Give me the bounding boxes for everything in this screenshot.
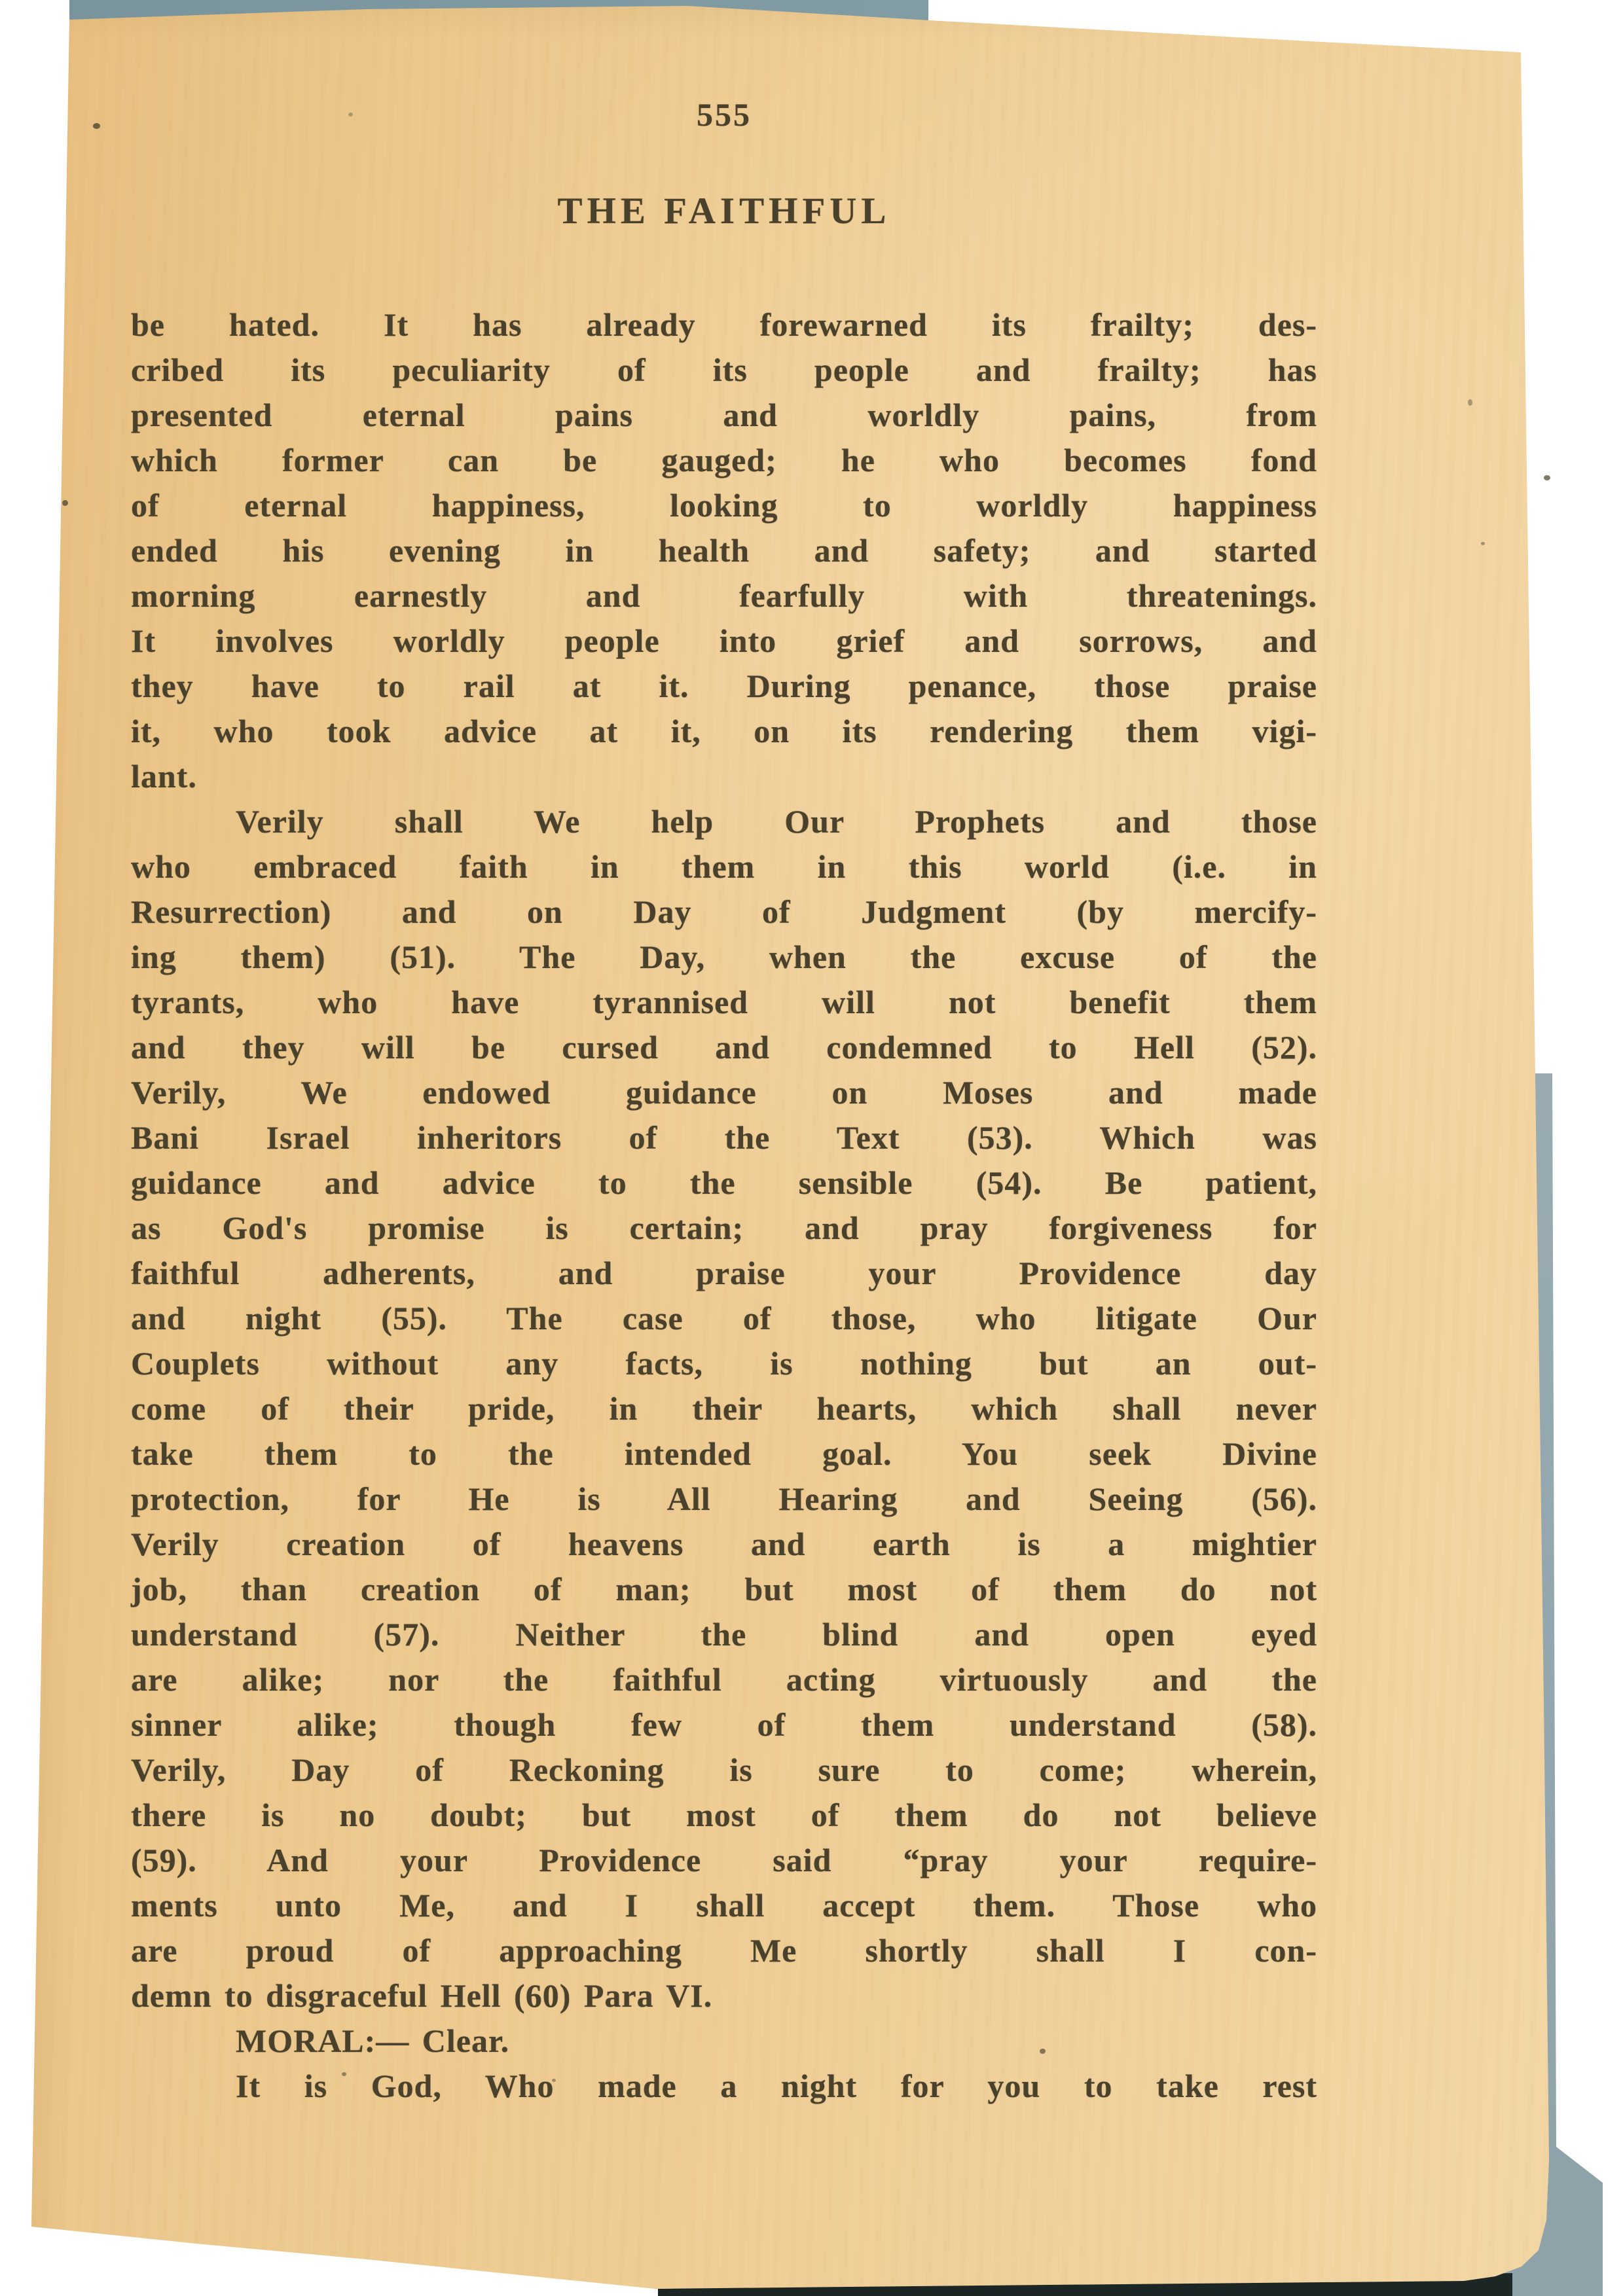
text-line: presented eternal pains and worldly pain… [131, 393, 1317, 438]
text-line: MORAL:— Clear. [131, 2018, 1317, 2064]
text-line: there is no doubt; but most of them do n… [131, 1793, 1317, 1838]
text-line: faithful adherents, and praise your Prov… [131, 1251, 1317, 1296]
text-line: Verily, Day of Reckoning is sure to come… [131, 1748, 1317, 1793]
text-line: It involves worldly people into grief an… [131, 619, 1317, 664]
text-line: it, who took advice at it, on its render… [131, 709, 1317, 754]
page-title: THE FAITHFUL [131, 190, 1317, 232]
text-line: tyrants, who have tyrannised will not be… [131, 980, 1317, 1025]
ink-speck [1481, 542, 1485, 545]
text-line: they have to rail at it. During penance,… [131, 664, 1317, 709]
text-line: and night (55). The case of those, who l… [131, 1296, 1317, 1341]
page-number: 555 [131, 96, 1317, 134]
text-line: ing them) (51). The Day, when the excuse… [131, 935, 1317, 980]
ink-speck [348, 113, 353, 117]
scanned-book-page: { "document": { "page_number": "555", "t… [0, 0, 1623, 2296]
body-text: be hated. It has already forewarned its … [131, 302, 1317, 2109]
text-line: lant. [131, 754, 1317, 799]
text-line: (59). And your Providence said “pray you… [131, 1838, 1317, 1883]
text-line: Bani Israel inheritors of the Text (53).… [131, 1115, 1317, 1160]
text-line: are alike; nor the faithful acting virtu… [131, 1657, 1317, 1702]
text-line: which former can be gauged; he who becom… [131, 438, 1317, 483]
text-line: Verily creation of heavens and earth is … [131, 1522, 1317, 1567]
text-line: cribed its peculiarity of its people and… [131, 348, 1317, 393]
ink-speck [1040, 2049, 1046, 2054]
text-line: demn to disgraceful Hell (60) Para VI. [131, 1973, 1317, 2018]
text-line: sinner alike; though few of them underst… [131, 1702, 1317, 1748]
text-line: are proud of approaching Me shortly shal… [131, 1928, 1317, 1973]
ink-speck [62, 500, 68, 506]
text-line: Verily, We endowed guidance on Moses and… [131, 1070, 1317, 1115]
text-line: Verily shall We help Our Prophets and th… [131, 799, 1317, 844]
text-line: take them to the intended goal. You seek… [131, 1431, 1317, 1477]
text-line: guidance and advice to the sensible (54)… [131, 1160, 1317, 1206]
ink-speck [552, 2079, 556, 2082]
text-line: job, than creation of man; but most of t… [131, 1567, 1317, 1612]
ink-speck [342, 2072, 346, 2076]
text-line: ended his evening in health and safety; … [131, 528, 1317, 573]
text-line: of eternal happiness, looking to worldly… [131, 483, 1317, 528]
ink-speck [1468, 399, 1472, 406]
text-line: come of their pride, in their hearts, wh… [131, 1386, 1317, 1431]
text-line: as God's promise is certain; and pray fo… [131, 1206, 1317, 1251]
ink-speck [93, 123, 100, 129]
text-line: It is God, Who made a night for you to t… [131, 2064, 1317, 2109]
text-line: who embraced faith in them in this world… [131, 844, 1317, 889]
text-line: protection, for He is All Hearing and Se… [131, 1477, 1317, 1522]
text-line: morning earnestly and fearfully with thr… [131, 573, 1317, 619]
text-line: Resurrection) and on Day of Judgment (by… [131, 889, 1317, 935]
text-line: understand (57). Neither the blind and o… [131, 1612, 1317, 1657]
text-line: and they will be cursed and condemned to… [131, 1025, 1317, 1070]
text-line: ments unto Me, and I shall accept them. … [131, 1883, 1317, 1928]
text-line: Couplets without any facts, is nothing b… [131, 1341, 1317, 1386]
ink-speck [1544, 475, 1550, 480]
text-line: be hated. It has already forewarned its … [131, 302, 1317, 348]
